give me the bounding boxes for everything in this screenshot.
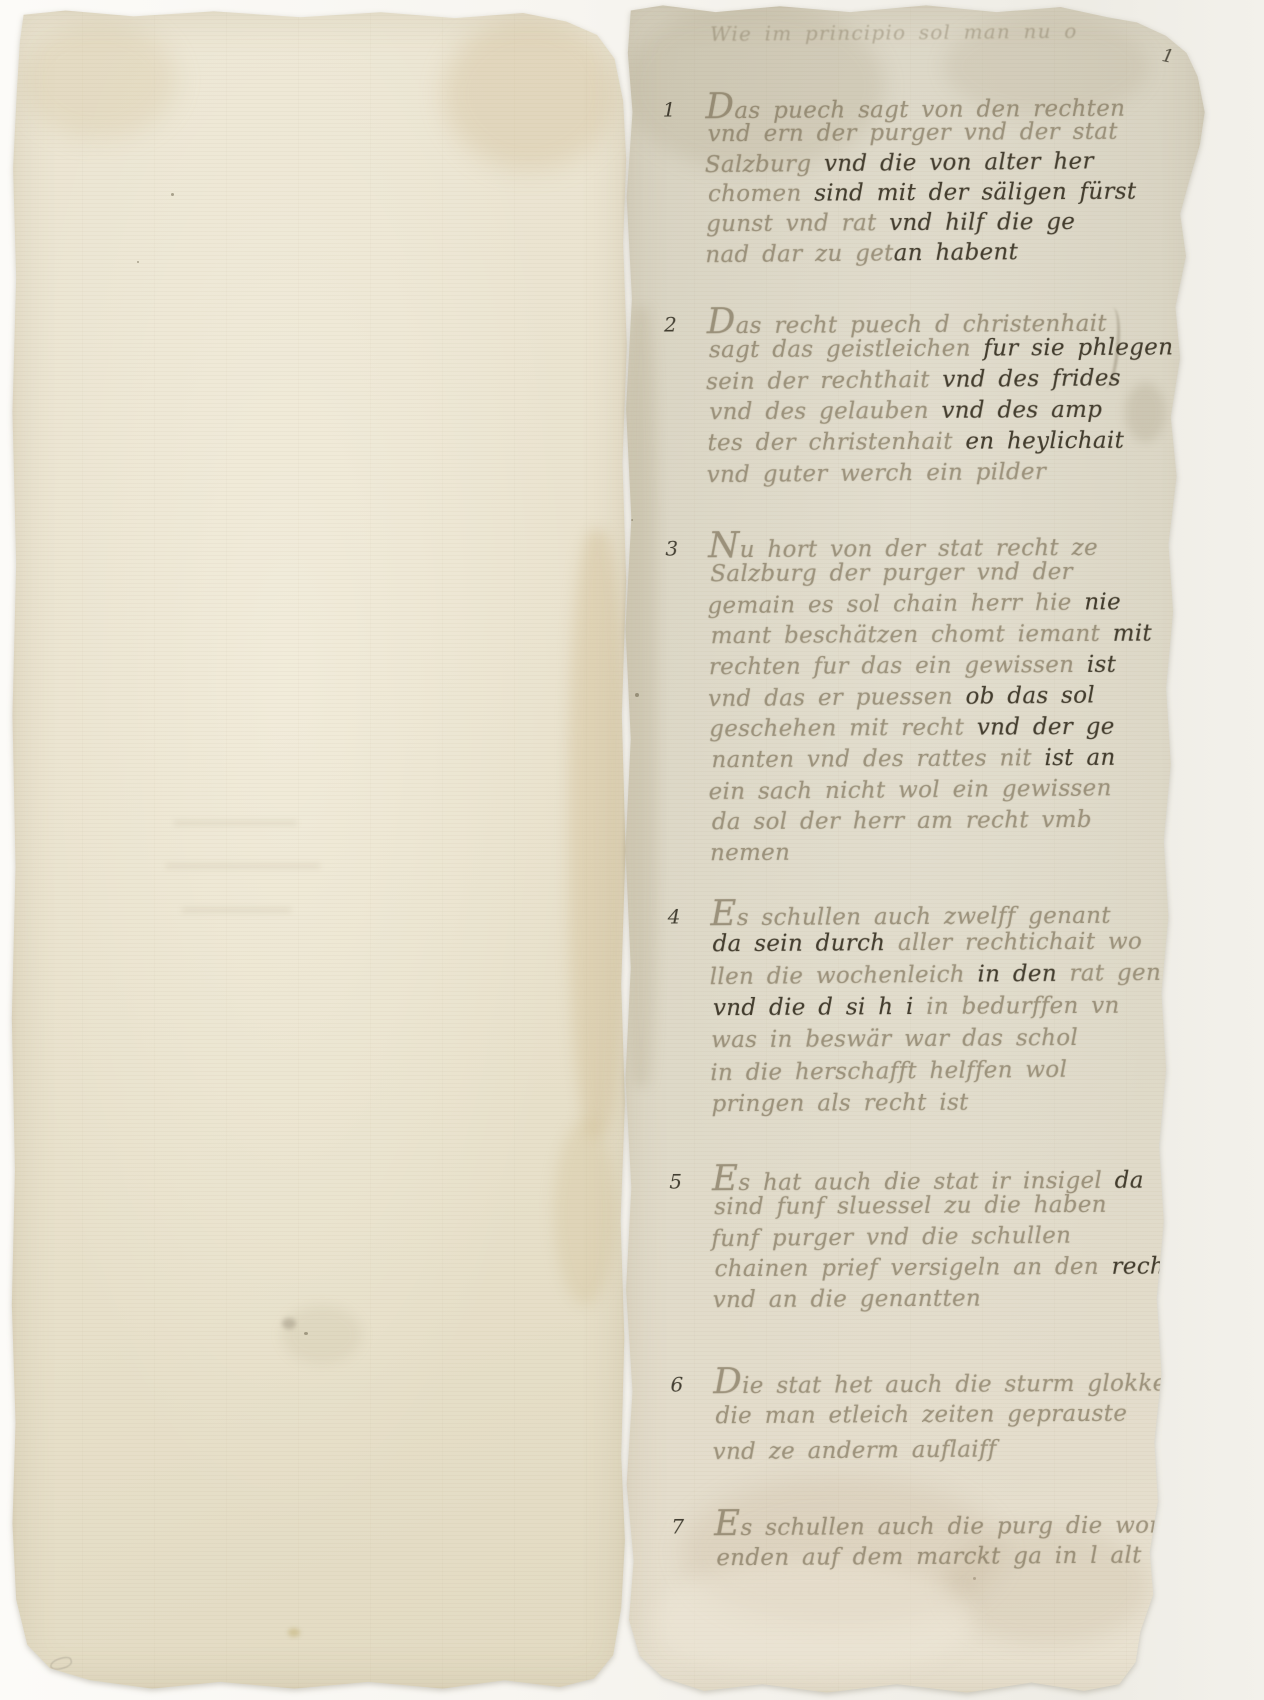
ink-segment-retouched: in den <box>977 961 1057 988</box>
stain <box>282 1318 296 1329</box>
ink-segment: was in beswär war das schol <box>711 1025 1078 1053</box>
paragraph-number: 1 <box>649 97 675 121</box>
paragraph-number: 3 <box>652 536 678 560</box>
ink-segment: die man etleich zeiten geprauste <box>715 1401 1127 1430</box>
stain <box>288 1628 300 1637</box>
manuscript-line: Salzburg der purger vnd der <box>710 556 1199 590</box>
manuscript-line: Es hat auch die stat ir insigel da <box>712 1158 1201 1192</box>
stain <box>22 21 177 139</box>
ink-segment-retouched: fur sie phlegen <box>983 334 1173 361</box>
paragraph-lines: Das puech sagt von den rechtenvnd ern de… <box>705 86 1195 269</box>
ink-segment-retouched: nie <box>1084 589 1121 615</box>
section-5: 5Es hat auch die stat ir insigel dasind … <box>624 1158 1202 1317</box>
ink-segment-retouched: vnd des amp <box>941 397 1102 424</box>
ink-segment: sein der rechthait <box>706 367 942 395</box>
ink-segment-retouched: ist <box>1087 652 1116 678</box>
ink-segment: gemain es sol chain herr hie <box>707 589 1084 619</box>
paper-texture <box>10 8 628 1692</box>
manuscript-line: rechten fur das ein gewissen ist <box>709 649 1198 683</box>
ink-segment: vnd an die genantten <box>713 1286 981 1314</box>
ink-segment-retouched: an habent <box>894 239 1019 266</box>
ink-segment: rechten fur das ein gewissen <box>709 652 1087 680</box>
ink-segment: vnd ze anderm auflaiff <box>713 1436 997 1465</box>
ink-segment: llen die wochenleich <box>710 962 978 991</box>
ink-segment-retouched: ist an <box>1044 745 1115 771</box>
manuscript-line: pringen als recht ist <box>711 1085 1200 1120</box>
manuscript-line: da sol der herr am recht vmb <box>712 804 1201 838</box>
ink-segment-retouched: vnd des frides <box>942 365 1121 393</box>
manuscript-line: Salzburg vnd die von alter her <box>705 145 1194 180</box>
ink-segment-retouched: sind mit der säligen fürst <box>814 179 1136 207</box>
sections: 1Das puech sagt von den rechtenvnd ern d… <box>617 0 1212 1698</box>
ink-segment-retouched: vnd die von alter her <box>824 148 1094 177</box>
ink-segment: tes der christenhait <box>707 429 965 457</box>
ink-segment-retouched: mit <box>1113 621 1152 647</box>
stain <box>554 1119 616 1304</box>
paragraph-lines: Es schullen auch zwelff genantda sein du… <box>710 893 1200 1120</box>
manuscript-line: funf purger vnd die schullen <box>711 1219 1200 1255</box>
manuscript-line: in die herschafft helffen wol <box>710 1052 1199 1089</box>
paragraph-lines: Es schullen auch die purg die wonenden a… <box>714 1503 1203 1576</box>
manuscript-line: vnd die d si h i in bedurffen vn <box>713 989 1202 1024</box>
ink-segment: vnd guter werch ein pilder <box>707 459 1047 488</box>
ink-segment: sagt das geistleichen <box>709 336 984 364</box>
manuscript-line: sein der rechthait vnd des frides <box>706 362 1195 398</box>
ink-segment: chomen <box>708 181 814 208</box>
ink-segment-retouched: en heylichait <box>965 428 1124 455</box>
manuscript-line: mant beschätzen chomt iemant mit <box>711 618 1200 652</box>
ink-segment-retouched: vnd der ge <box>977 714 1115 741</box>
ink-segment: geschehen mit recht <box>709 715 977 743</box>
manuscript-line: Das recht puech d christenhait <box>707 301 1196 335</box>
ink-segment: da sol der herr am recht vmb <box>712 807 1092 835</box>
ink-segment: ein sach nicht wol ein gewissen <box>709 775 1112 805</box>
manuscript-line: gunst vnd rat vnd hilf die ge <box>706 206 1195 239</box>
manuscript-line: Die stat het auch die sturm glokke <box>713 1361 1202 1399</box>
ink-segment: vnd ern der purger vnd der stat <box>708 119 1118 148</box>
manuscript-line: vnd ern der purger vnd der stat <box>708 116 1197 149</box>
manuscript-line: gemain es sol chain herr hie nie <box>707 586 1196 622</box>
manuscript-line: vnd guter werch ein pilder <box>707 455 1196 491</box>
ghost-line <box>182 908 291 912</box>
manuscript-line: chomen sind mit der säligen fürst <box>708 176 1197 209</box>
manuscript-line: nanten vnd des rattes nit ist an <box>711 742 1200 776</box>
paragraph-lines: Das recht puech d christenhaitsagt das g… <box>707 301 1197 490</box>
ink-segment-retouched: recht <box>1111 1253 1174 1279</box>
paragraph-lines: Es hat auch die stat ir insigel dasind f… <box>712 1158 1202 1316</box>
ink-segment: gunst vnd rat <box>706 210 889 237</box>
manuscript-line: Es schullen auch die purg die won <box>714 1503 1203 1541</box>
manuscript-line: Nu hort von der stat recht ze <box>708 525 1197 559</box>
manuscript-line: sagt das geistleichen fur sie phlegen <box>709 332 1198 366</box>
left-page <box>10 8 628 1692</box>
ink-segment-retouched: vnd die d si h i <box>713 994 926 1021</box>
manuscript-line: vnd das er puessen ob das sol <box>708 679 1197 715</box>
ink-segment: in die herschafft helffen wol <box>710 1057 1067 1086</box>
ink-segment-retouched: da sein durch <box>712 930 898 957</box>
dust-speck <box>304 1332 308 1335</box>
manuscript-line: da sein durch aller rechtichait wo <box>712 925 1201 960</box>
ink-segment: vnd das er puessen <box>708 684 966 712</box>
manuscript-line: llen die wochenleich in den rat gen <box>710 956 1199 993</box>
ink-segment: rat gen <box>1057 960 1161 987</box>
manuscript-line: vnd an die genantten <box>713 1282 1202 1316</box>
ink-bleed-ghost <box>158 808 356 943</box>
ink-segment: nanten vnd des rattes nit <box>711 745 1044 773</box>
manuscript-line: geschehen mit recht vnd der ge <box>709 711 1198 745</box>
ink-segment: Es schullen auch die purg die won <box>714 1512 1164 1541</box>
paragraph-number: 5 <box>656 1169 682 1193</box>
paragraph-lines: Nu hort von der stat recht zeSalzburg de… <box>708 525 1199 869</box>
manuscript-line: vnd des gelauben vnd des amp <box>709 394 1198 428</box>
ink-segment: aller rechtichait wo <box>898 929 1142 956</box>
manuscript-line: ein sach nicht wol ein gewissen <box>709 772 1198 808</box>
manuscript-line: Das puech sagt von den rechten <box>705 86 1194 119</box>
paragraph-number: 7 <box>658 1514 684 1538</box>
manuscript-line: nemen <box>710 835 1199 869</box>
manuscript-line: Es schullen auch zwelff genant <box>710 893 1199 928</box>
ink-segment-retouched: ob das sol <box>965 682 1095 709</box>
manuscript-line: nad dar zu getan habent <box>705 235 1194 270</box>
ink-segment: in bedurffen vn <box>926 993 1120 1020</box>
section-4: 4Es schullen auch zwelff genantda sein d… <box>622 893 1200 1121</box>
section-2: 2Das recht puech d christenhaitsagt das … <box>619 301 1197 491</box>
ink-segment: mant beschätzen chomt iemant <box>711 621 1113 649</box>
ink-segment: funf purger vnd die schullen <box>711 1223 1071 1252</box>
ink-segment: vnd des gelauben <box>709 398 941 425</box>
ghost-line <box>166 864 320 868</box>
ink-segment: nad dar zu get <box>705 240 894 268</box>
ink-segment: pringen als recht ist <box>711 1090 968 1118</box>
ghost-line <box>174 821 297 825</box>
margin-mark <box>49 1656 73 1672</box>
paragraph-lines: Die stat het auch die sturm glokkedie ma… <box>713 1361 1203 1469</box>
manuscript-line: tes der christenhait en heylichait <box>707 425 1196 459</box>
ink-segment-retouched: vnd hilf die ge <box>889 209 1075 236</box>
manuscript-line: was in beswär war das schol <box>711 1021 1200 1056</box>
stain <box>282 1305 362 1364</box>
section-3: 3Nu hort von der stat recht zeSalzburg d… <box>620 525 1199 870</box>
ink-segment: chainen prief versigeln an den <box>714 1254 1111 1282</box>
manuscript-line: chainen prief versigeln an den recht <box>714 1251 1203 1285</box>
manuscript-line: sind funf sluessel zu die haben <box>714 1189 1203 1223</box>
dust-speck <box>171 193 174 196</box>
paragraph-number: 2 <box>651 312 677 336</box>
ink-segment: enden auf dem marckt ga in l alt <box>716 1543 1142 1572</box>
stain <box>569 530 625 1136</box>
section-7: 7Es schullen auch die purg die wonenden … <box>626 1503 1203 1577</box>
stain <box>443 18 616 170</box>
page-edge-shading <box>10 8 628 1692</box>
section-6: 6Die stat het auch die sturm glokkedie m… <box>625 1361 1203 1470</box>
manuscript-line: die man etleich zeiten geprauste <box>715 1396 1204 1434</box>
ink-segment: Salzburg <box>705 151 824 178</box>
left-page-wrap <box>10 8 628 1692</box>
ink-segment: sind funf sluessel zu die haben <box>714 1192 1107 1220</box>
manuscript-line: vnd ze anderm auflaiff <box>713 1430 1202 1470</box>
paragraph-number: 4 <box>654 904 680 928</box>
manuscript-scan: Wie im principio sol man nu o 1 1Das pue… <box>0 0 1264 1700</box>
manuscript-line: enden auf dem marckt ga in l alt <box>716 1538 1205 1576</box>
dust-speck <box>137 261 139 263</box>
right-page-wrap: Wie im principio sol man nu o 1 1Das pue… <box>622 2 1207 1696</box>
right-page: Wie im principio sol man nu o 1 1Das pue… <box>622 2 1207 1696</box>
section-1: 1Das puech sagt von den rechtenvnd ern d… <box>617 86 1195 270</box>
ink-segment: Die stat het auch die sturm glokke <box>713 1370 1166 1399</box>
paragraph-number: 6 <box>657 1372 683 1396</box>
ink-segment: Salzburg der purger vnd der <box>710 559 1073 587</box>
ink-segment: nemen <box>710 840 790 866</box>
